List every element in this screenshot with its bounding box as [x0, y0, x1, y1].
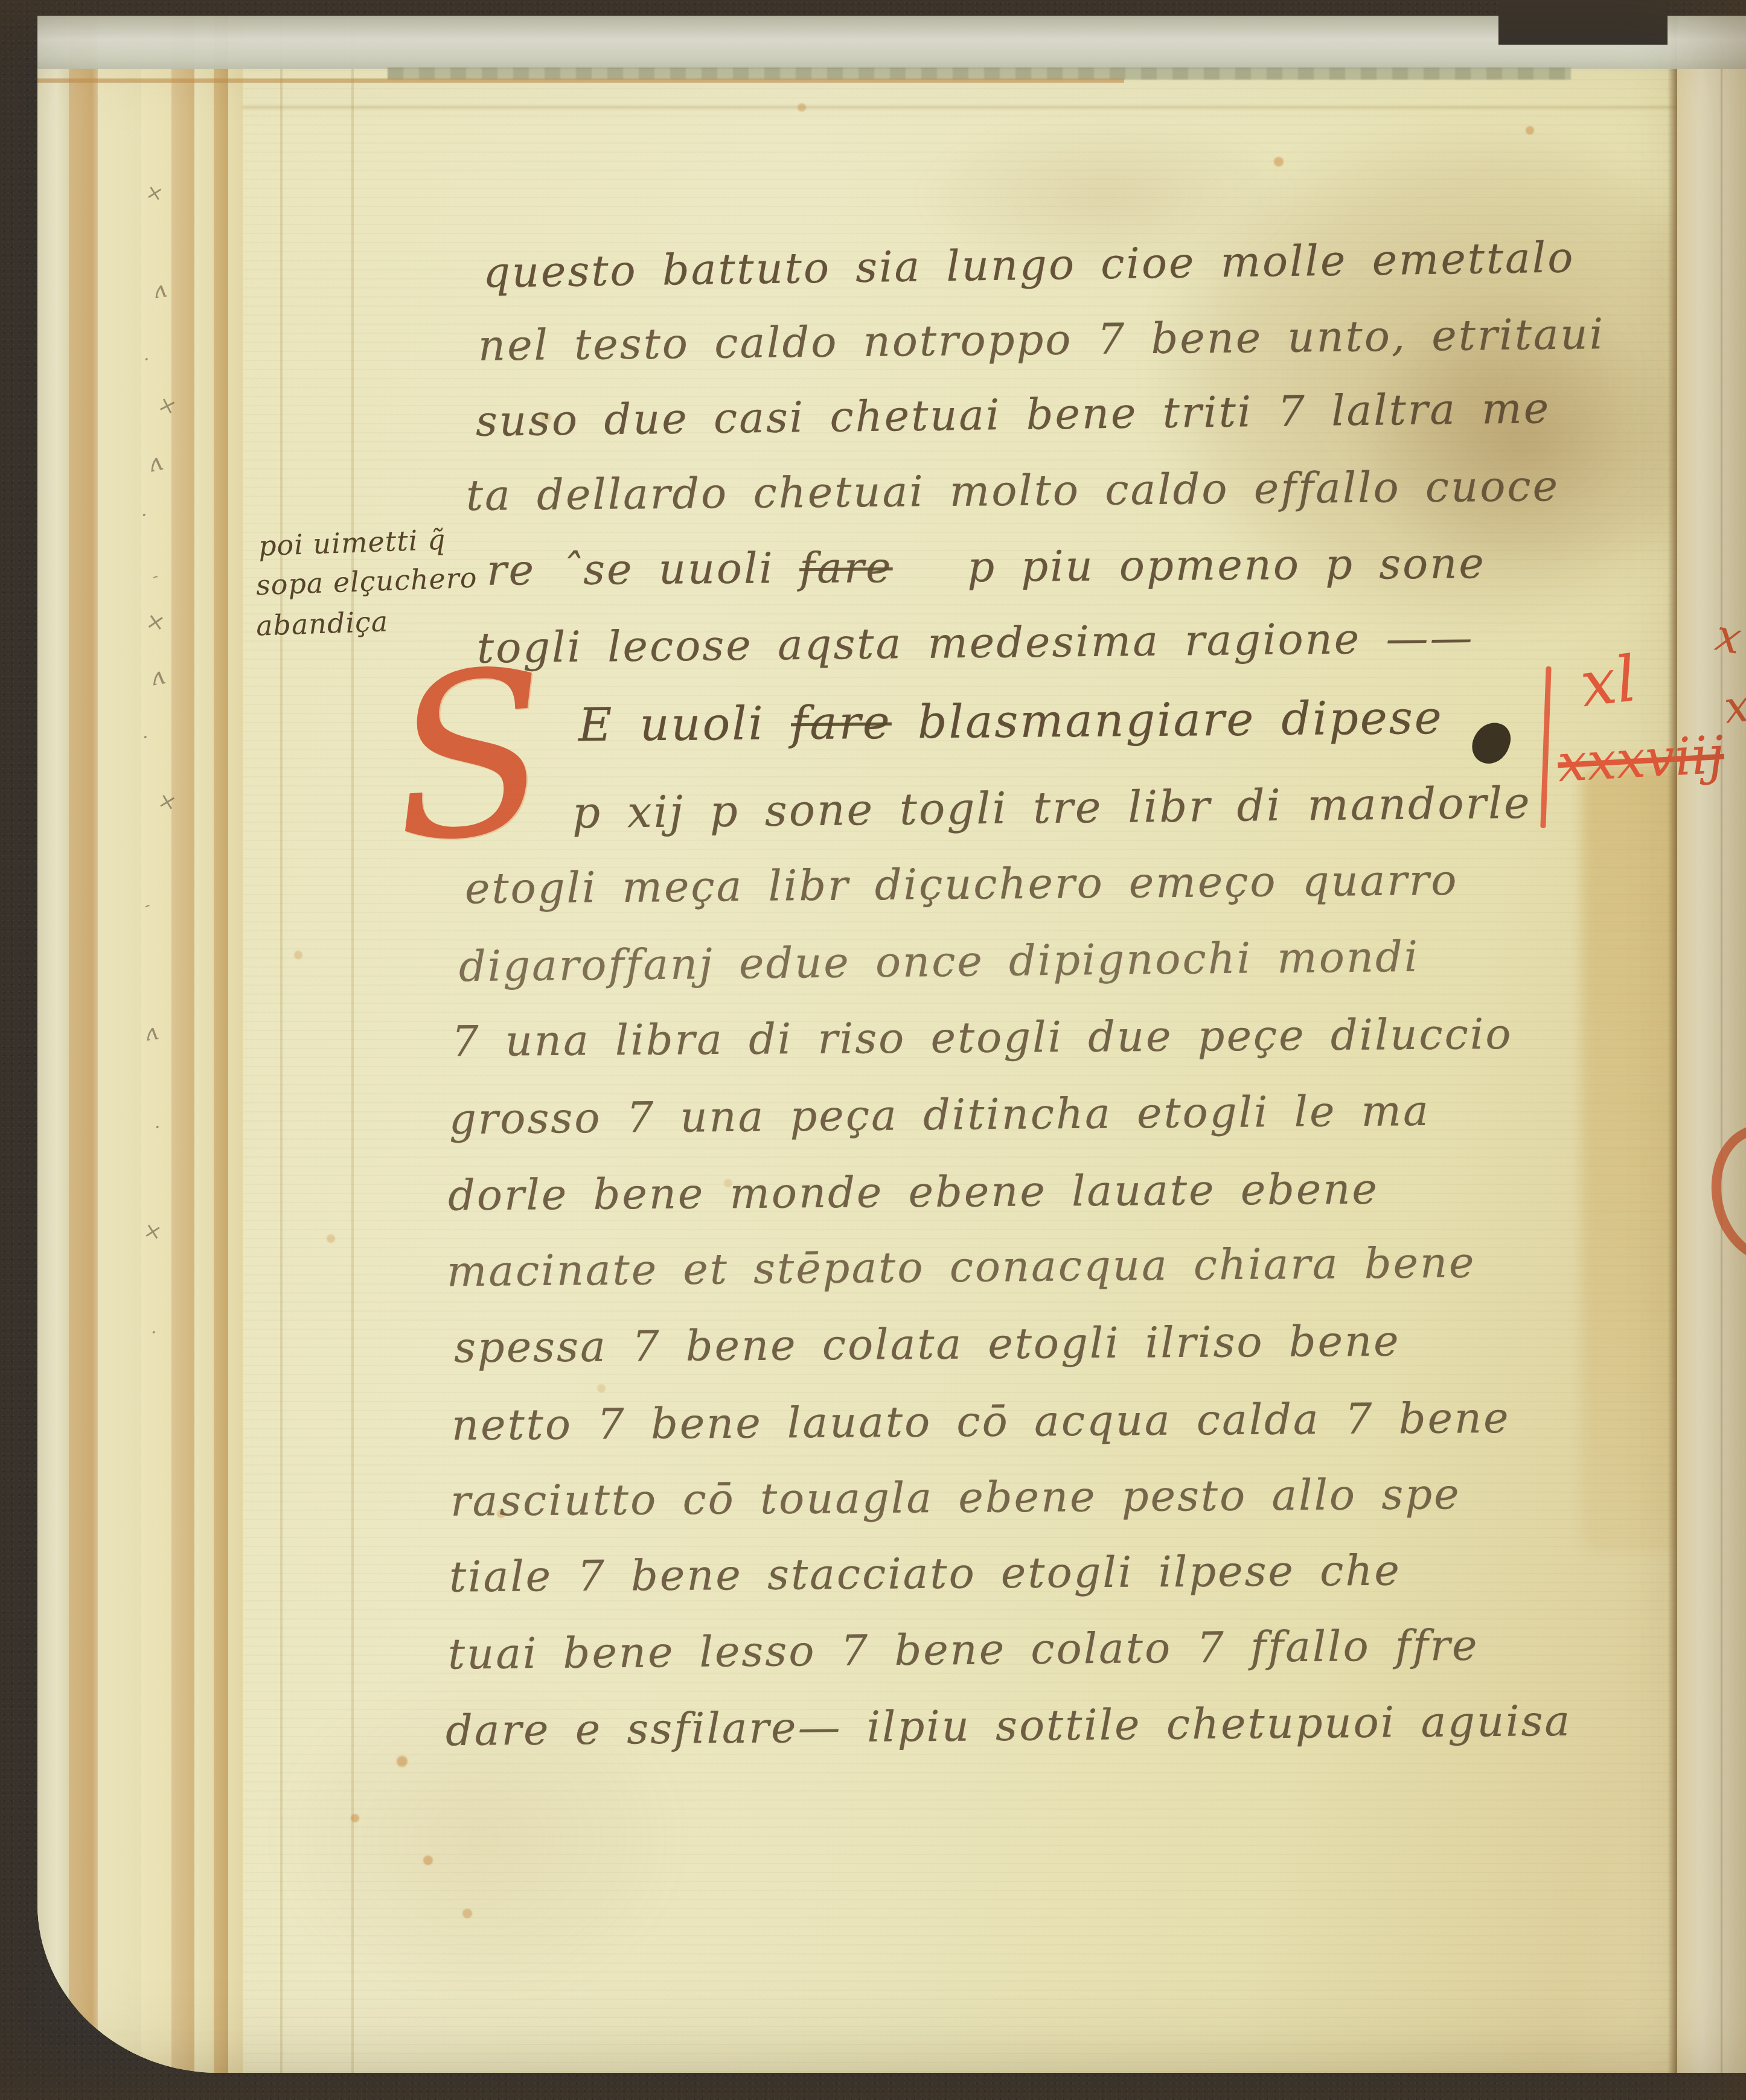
manuscript-line: 7 una libra di riso etogli due peçe dilu…	[452, 1009, 1513, 1066]
rubric-folio-numeral: xl	[1576, 642, 1640, 721]
manuscript-line: dorle bene monde ebene lauate ebene	[448, 1164, 1379, 1221]
manuscript-line: macinate et stēpato conacqua chiara bene	[447, 1238, 1476, 1297]
manuscript-line: grosso 7 una peça ditincha etogli le ma	[449, 1086, 1430, 1144]
manuscript-line: E uuoli fare blasmangiare dipese	[578, 691, 1444, 752]
sewing-thread	[388, 68, 1571, 80]
margin-note-line: poi uimetti q̃	[258, 523, 446, 563]
line-text: blasmangiare dipese	[891, 691, 1444, 749]
line-text: netto 7 bene lauato cō acqua calda 7 ben…	[452, 1393, 1511, 1450]
quire-mark: ·	[155, 1117, 161, 1138]
quire-mark: ·	[142, 727, 149, 748]
repair-tape-strip	[37, 16, 1746, 69]
fore-edge-leaf	[98, 16, 141, 2073]
line-text: tuai bene lesso 7 bene colato 7 ffallo f…	[448, 1621, 1479, 1679]
rubric-folio-numeral-struck: xxxviij	[1556, 725, 1726, 794]
line-text: p xij p sone togli tre libr di mandorle	[572, 777, 1532, 838]
manuscript-line: rasciutto cō touagla ebene pesto allo sp…	[450, 1469, 1461, 1526]
page-crease	[243, 106, 1680, 109]
manuscript-line: dare e ssfilare— ilpiu sottile chetupuoi…	[446, 1696, 1572, 1755]
line-text: rasciutto cō touagla ebene pesto allo sp…	[450, 1469, 1461, 1526]
rubric-initial-letter: S	[386, 640, 555, 875]
manuscript-line: tuai bene lesso 7 bene colato 7 ffallo f…	[448, 1621, 1479, 1679]
quire-mark: ·	[144, 349, 150, 370]
manuscript-line: re ˆse uuoli fare p piu opmeno p sone	[487, 538, 1486, 595]
manuscript-line: togli lecose aqsta medesima ragione ——	[477, 613, 1474, 672]
line-text: spessa 7 bene colata etogli ilriso bene	[454, 1316, 1401, 1373]
manuscript-line: tiale 7 bene stacciato etogli ilpese che	[449, 1545, 1401, 1601]
line-text: p piu opmeno p sone	[892, 538, 1486, 592]
line-text: E uuoli	[578, 696, 791, 752]
line-text: togli lecose aqsta medesima ragione ——	[477, 613, 1474, 672]
manuscript-line: netto 7 bene lauato cō acqua calda 7 ben…	[452, 1393, 1511, 1450]
line-text: grosso 7 una peça ditincha etogli le ma	[449, 1086, 1430, 1144]
fore-edge-leaf	[194, 16, 214, 2073]
page-gap-shadow	[1498, 0, 1668, 45]
quire-mark: ·	[151, 1322, 157, 1343]
margin-note-line: abandiça	[255, 605, 389, 642]
manuscript-photo: questo battuto sia lungo cioe molle emet…	[0, 0, 1746, 2100]
struck-word: fare	[799, 543, 893, 593]
manuscript-line: spessa 7 bene colata etogli ilriso bene	[454, 1316, 1401, 1373]
struck-word: fare	[791, 695, 892, 750]
line-text: dorle bene monde ebene lauate ebene	[448, 1164, 1379, 1221]
line-text: tiale 7 bene stacciato etogli ilpese che	[449, 1545, 1401, 1601]
fore-edge-leaf	[37, 16, 69, 2073]
manuscript-line: p xij p sone togli tre libr di mandorle	[572, 777, 1532, 838]
manuscript-line: ta dellardo chetuai molto caldo effallo …	[466, 461, 1560, 520]
fore-edge-leaf	[214, 16, 228, 2073]
line-text: dare e ssfilare— ilpiu sottile chetupuoi…	[446, 1696, 1572, 1755]
line-text: digaroffanj edue once dipignochi mondi	[459, 932, 1420, 992]
fore-edge-leaf	[69, 16, 98, 2073]
quire-mark: ·	[141, 505, 147, 526]
line-text: 7 una libra di riso etogli due peçe dilu…	[452, 1009, 1513, 1066]
fore-edge-leaf	[171, 16, 194, 2073]
line-text: etogli meça libr diçuchero emeço quarro	[465, 855, 1459, 913]
line-text: re ˆse uuoli	[487, 543, 800, 595]
fore-edge-leaf	[228, 16, 243, 2073]
facing-page-edge	[1677, 16, 1746, 2073]
head-edge-line	[37, 78, 1124, 83]
manuscript-line: etogli meça libr diçuchero emeço quarro	[465, 855, 1459, 913]
manuscript-line: digaroffanj edue once dipignochi mondi	[459, 932, 1420, 992]
line-text: macinate et stēpato conacqua chiara bene	[447, 1238, 1476, 1297]
facing-page-fold	[1721, 16, 1722, 2073]
page-crease	[280, 16, 283, 2073]
line-text: ta dellardo chetuai molto caldo effallo …	[466, 461, 1560, 520]
